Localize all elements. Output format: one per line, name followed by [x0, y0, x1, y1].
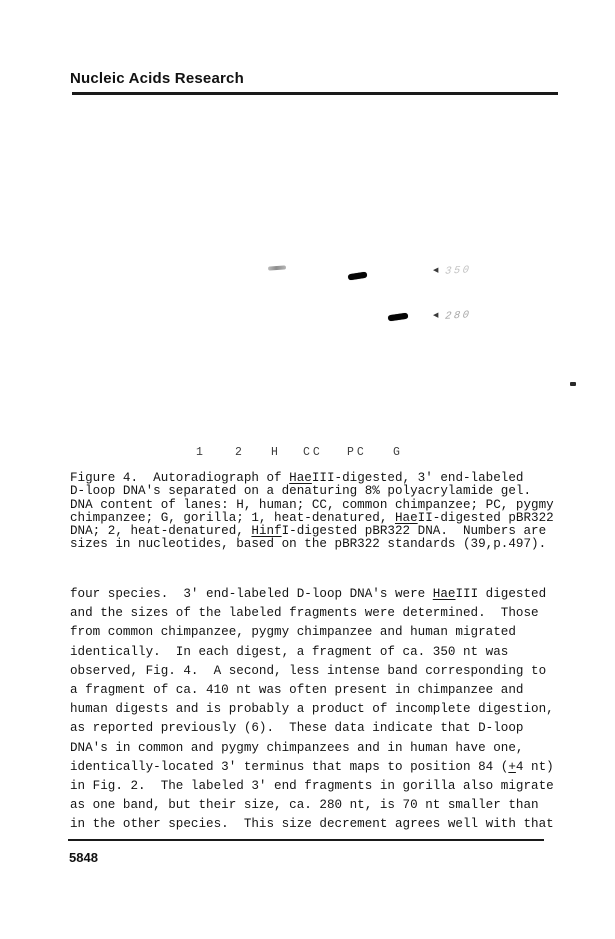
header-rule — [72, 92, 558, 95]
text-line: a fragment of ca. 410 nt was often prese… — [70, 681, 575, 700]
figure-caption: Figure 4. Autoradiograph of HaeIII-diges… — [70, 472, 570, 552]
text-line: DNA; 2, heat-denatured, HinfI-digested p… — [70, 525, 570, 538]
left-arrow-icon: ◀ — [433, 267, 438, 274]
text-line: DNA's in common and pygmy chimpanzees an… — [70, 739, 575, 758]
lane-labels: 12HCCPCG — [0, 446, 615, 462]
journal-page: Nucleic Acids Research ◀ 350 ◀ 280 12HCC… — [0, 0, 615, 939]
text-line: identically-located 3' terminus that map… — [70, 758, 575, 777]
text-line: Figure 4. Autoradiograph of HaeIII-diges… — [70, 472, 570, 485]
body-text: four species. 3' end-labeled D-loop DNA'… — [70, 585, 575, 835]
size-marker-350: ◀ 350 — [433, 265, 472, 276]
text-line: DNA content of lanes: H, human; CC, comm… — [70, 499, 570, 512]
text-line: sizes in nucleotides, based on the pBR32… — [70, 538, 570, 551]
gel-band-350 — [348, 272, 368, 280]
text-line: and the sizes of the labeled fragments w… — [70, 604, 575, 623]
text-line: four species. 3' end-labeled D-loop DNA'… — [70, 585, 575, 604]
gel-band-280 — [388, 313, 409, 321]
text-line: human digests and is probably a product … — [70, 700, 575, 719]
size-marker-label: 280 — [445, 309, 472, 322]
text-line: as reported previously (6). These data i… — [70, 719, 575, 738]
scan-artifact — [570, 382, 576, 386]
text-line: chimpanzee; G, gorilla; 1, heat-denature… — [70, 512, 570, 525]
left-arrow-icon: ◀ — [433, 312, 438, 319]
lane-label-CC: CC — [303, 446, 323, 459]
lane-label-H: H — [271, 446, 281, 459]
lane-label-2: 2 — [235, 446, 245, 459]
page-number: 5848 — [69, 850, 98, 865]
lane-label-PC: PC — [347, 446, 367, 459]
text-line: in Fig. 2. The labeled 3' end fragments … — [70, 777, 575, 796]
journal-title: Nucleic Acids Research — [70, 70, 244, 87]
size-marker-label: 350 — [445, 264, 472, 277]
footer-rule — [68, 839, 544, 841]
text-line: from common chimpanzee, pygmy chimpanzee… — [70, 623, 575, 642]
figure-4-autoradiograph: ◀ 350 ◀ 280 12HCCPCG — [0, 110, 615, 465]
gel-band-faint — [268, 265, 286, 270]
text-line: observed, Fig. 4. A second, less intense… — [70, 662, 575, 681]
text-line: identically. In each digest, a fragment … — [70, 643, 575, 662]
lane-label-G: G — [393, 446, 403, 459]
size-marker-280: ◀ 280 — [433, 310, 472, 321]
lane-label-1: 1 — [196, 446, 206, 459]
text-line: as one band, but their size, ca. 280 nt,… — [70, 796, 575, 815]
text-line: in the other species. This size decremen… — [70, 815, 575, 834]
text-line: D-loop DNA's separated on a denaturing 8… — [70, 485, 570, 498]
